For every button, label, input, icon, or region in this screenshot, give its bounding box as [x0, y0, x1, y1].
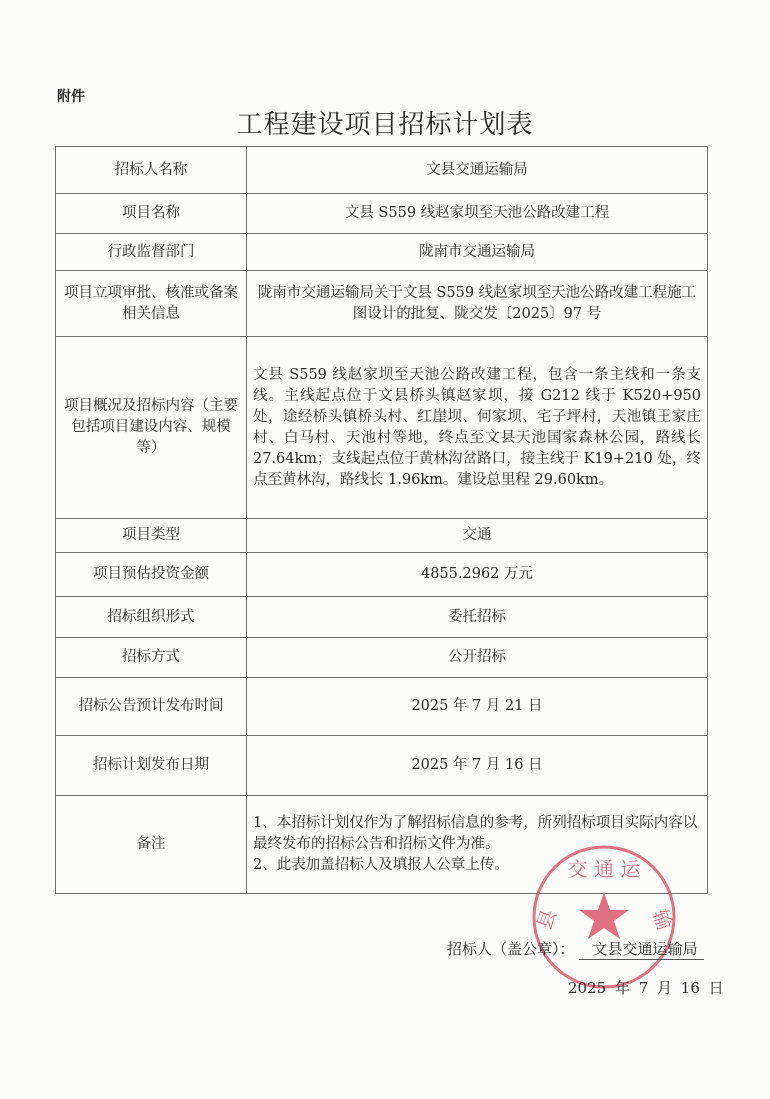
row-label: 备注: [56, 796, 247, 894]
row-value: 2025 年 7 月 21 日: [247, 678, 708, 736]
row-value: 陇南市交通运输局关于文县 S559 线赵家坝至天池公路改建工程施工图设计的批复、…: [247, 271, 708, 337]
official-seal-icon: 交 通 运 县 输: [529, 842, 679, 992]
table-row: 招标计划发布日期 2025 年 7 月 16 日: [56, 736, 708, 796]
row-label: 项目类型: [56, 519, 247, 553]
row-label: 招标方式: [56, 638, 247, 678]
row-label: 招标计划发布日期: [56, 736, 247, 796]
row-value: 公开招标: [247, 638, 708, 678]
row-label: 项目名称: [56, 194, 247, 234]
table-row: 行政监督部门 陇南市交通运输局: [56, 234, 708, 271]
attachment-label: 附件: [57, 86, 85, 106]
signer-organization: 文县交通运输局: [579, 938, 704, 960]
signer-label: 招标人（盖公章）：: [447, 940, 575, 958]
row-label: 招标组织形式: [56, 597, 247, 638]
row-value: 委托招标: [247, 597, 708, 638]
table-row: 项目立项审批、核准或备案相关信息 陇南市交通运输局关于文县 S559 线赵家坝至…: [56, 271, 708, 337]
table-row: 招标公告预计发布时间 2025 年 7 月 21 日: [56, 678, 708, 736]
table-row: 项目概况及招标内容（主要包括项目建设内容、规模等） 文县 S559 线赵家坝至天…: [56, 337, 708, 519]
document-title: 工程建设项目招标计划表: [0, 104, 770, 141]
table-row: 项目预估投资金额 4855.2962 万元: [56, 553, 708, 597]
signature-line: 招标人（盖公章）：文县交通运输局: [447, 938, 704, 960]
row-label: 项目立项审批、核准或备案相关信息: [56, 271, 247, 337]
table-row: 项目名称 文县 S559 线赵家坝至天池公路改建工程: [56, 194, 708, 234]
table-row: 招标组织形式 委托招标: [56, 597, 708, 638]
row-value: 文县 S559 线赵家坝至天池公路改建工程: [247, 194, 708, 234]
table-row: 招标方式 公开招标: [56, 638, 708, 678]
row-value: 文县 S559 线赵家坝至天池公路改建工程，包含一条主线和一条支线。主线起点位于…: [247, 337, 708, 519]
table-row: 项目类型 交通: [56, 519, 708, 553]
row-value: 交通: [247, 519, 708, 553]
table-row: 招标人名称 文县交通运输局: [56, 147, 708, 194]
bidding-plan-table: 招标人名称 文县交通运输局 项目名称 文县 S559 线赵家坝至天池公路改建工程…: [55, 146, 708, 894]
row-label: 招标公告预计发布时间: [56, 678, 247, 736]
row-label: 招标人名称: [56, 147, 247, 194]
row-value: 陇南市交通运输局: [247, 234, 708, 271]
row-label: 项目预估投资金额: [56, 553, 247, 597]
svg-text:交 通 运: 交 通 运: [568, 857, 642, 881]
row-label: 项目概况及招标内容（主要包括项目建设内容、规模等）: [56, 337, 247, 519]
row-value: 文县交通运输局: [247, 147, 708, 194]
row-value: 4855.2962 万元: [247, 553, 708, 597]
row-value: 2025 年 7 月 16 日: [247, 736, 708, 796]
row-label: 行政监督部门: [56, 234, 247, 271]
signature-date: 2025 年 7 月 16 日: [568, 977, 724, 998]
